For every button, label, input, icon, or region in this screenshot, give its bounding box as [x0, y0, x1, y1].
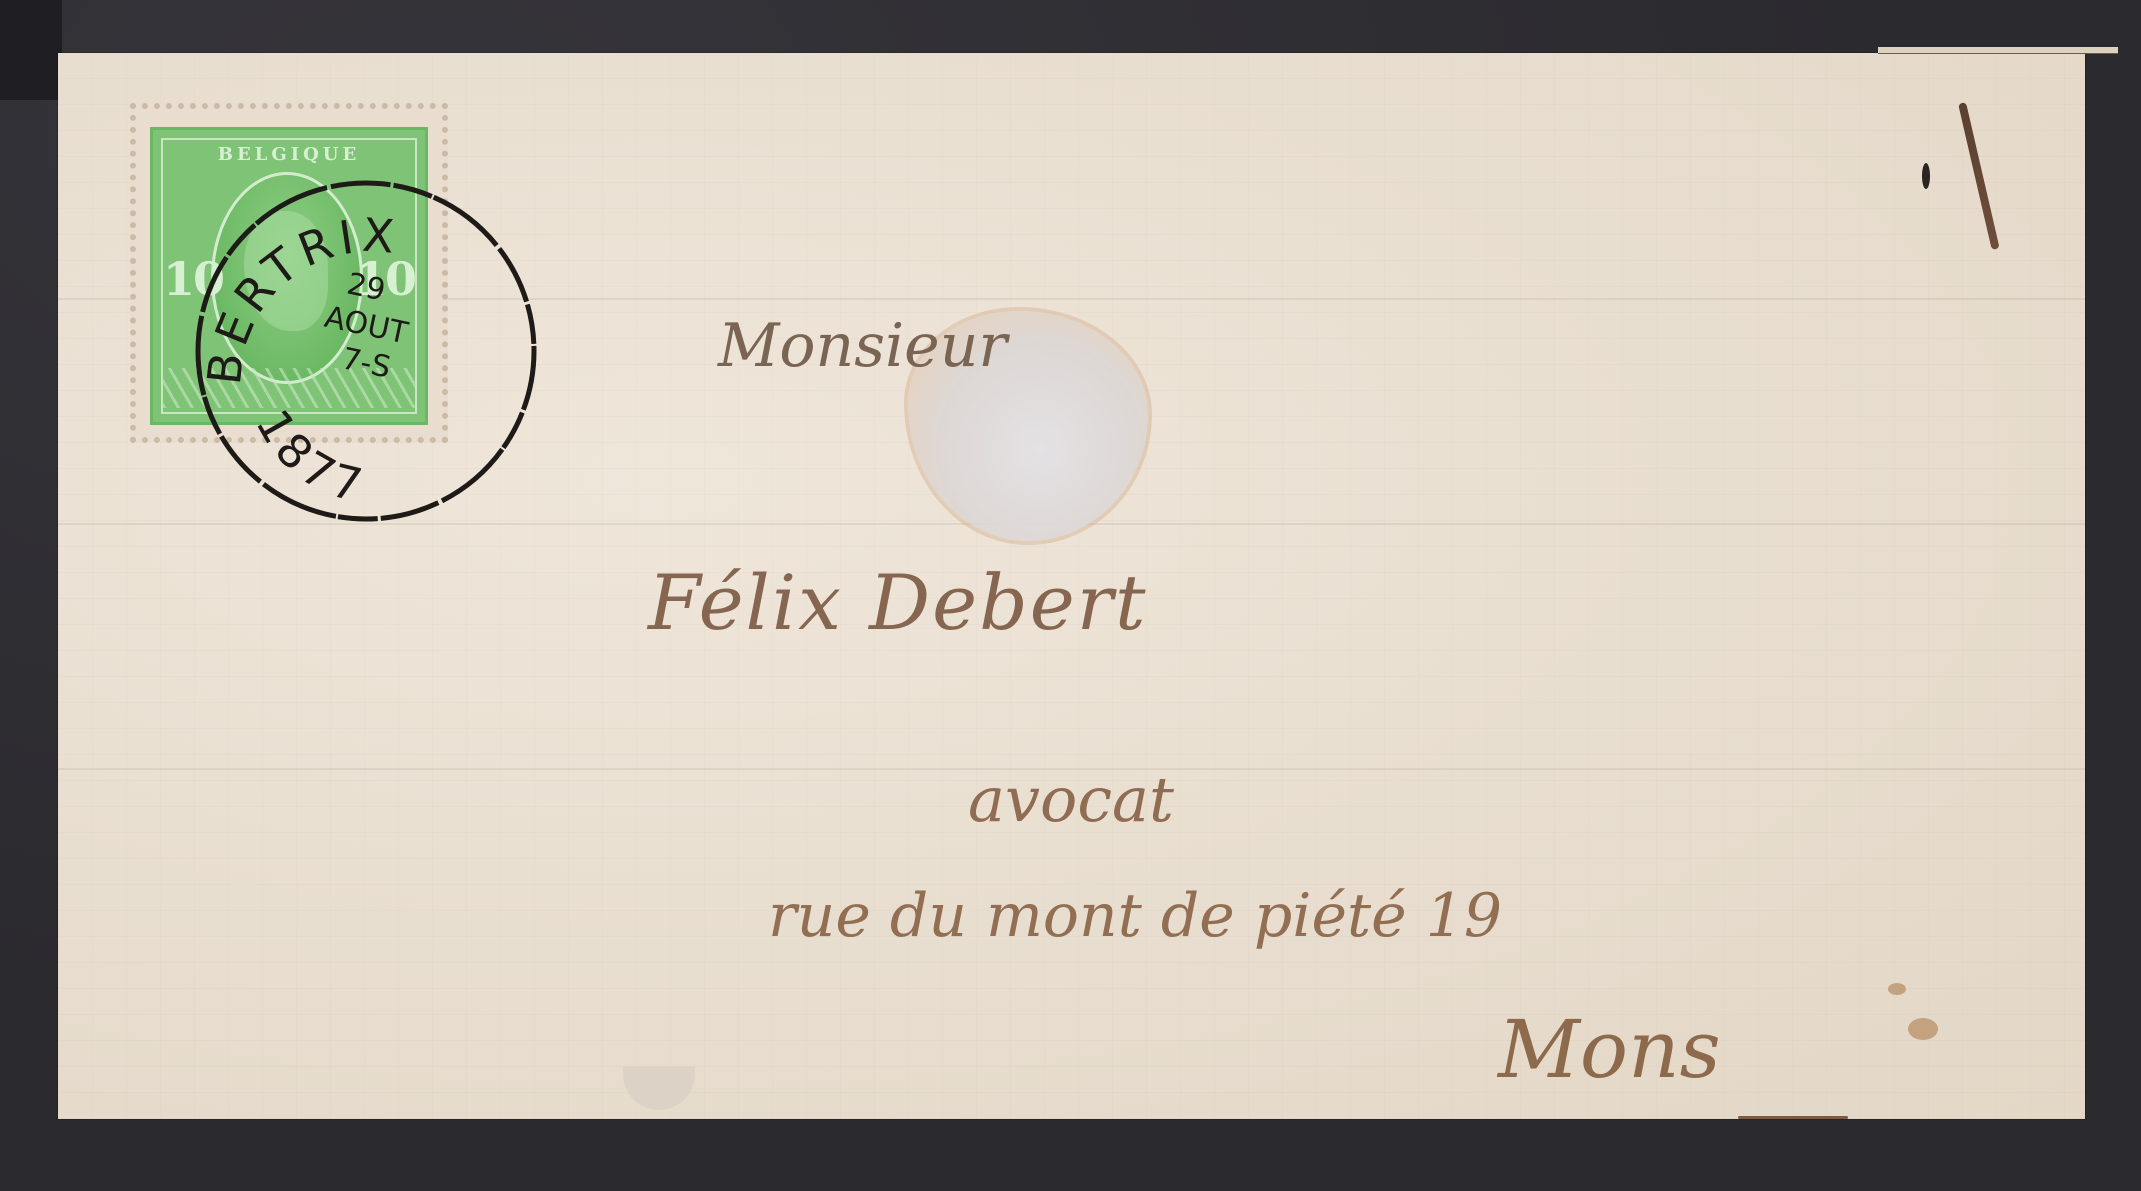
ink-stroke-mark [1958, 102, 2000, 250]
foxing-spot [1888, 983, 1906, 995]
foxing-spot [1908, 1018, 1938, 1040]
address-city: Mons [1498, 1003, 1721, 1096]
ink-dot-mark [1922, 163, 1930, 189]
postmark-year: 1877 [245, 400, 373, 514]
address-profession: avocat [968, 763, 1174, 836]
backdrop-shadow [0, 0, 62, 100]
city-underline [1738, 1116, 1848, 1119]
envelope-cover: BELGIQUE 10 10 BERTRIX [58, 53, 2085, 1119]
postmark-cancellation: BERTRIX 1877 29 AOUT 7-S [186, 171, 546, 531]
flap-edge [1878, 47, 2118, 54]
photo-scene: BELGIQUE 10 10 BERTRIX [0, 0, 2141, 1191]
address-recipient-name: Félix Debert [648, 558, 1148, 647]
svg-text:1877: 1877 [245, 400, 373, 514]
address-street: rue du mont de piété 19 [768, 881, 1502, 951]
stamp-country: BELGIQUE [153, 144, 425, 165]
address-salutation: Monsieur [718, 311, 1007, 381]
